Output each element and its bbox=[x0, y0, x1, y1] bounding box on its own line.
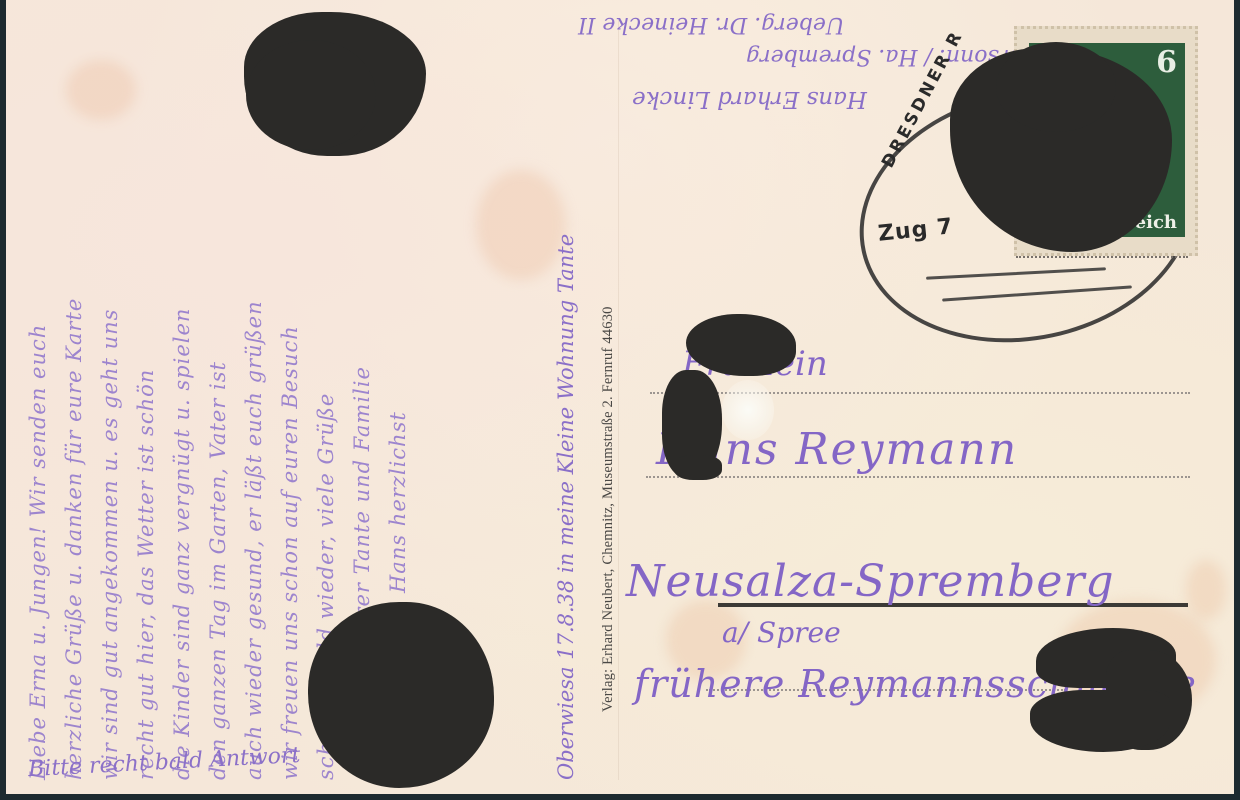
message-line: wir sind gut angekommen u. es geht uns bbox=[98, 309, 122, 780]
side-note: Oberwiesa 17.8.38 in meine Kleine Wohnun… bbox=[554, 234, 578, 780]
address-river: a/ Spree bbox=[722, 616, 841, 649]
message-line: den ganzen Tag im Garten, Vater ist bbox=[206, 361, 230, 780]
center-divider bbox=[618, 20, 619, 780]
message-line: auch wieder gesund, er läßt euch grüßen bbox=[242, 300, 266, 780]
blackout-patch bbox=[674, 455, 722, 480]
blackout-patch bbox=[308, 602, 494, 788]
blackout-patch bbox=[246, 40, 376, 150]
stamp-value: 6 bbox=[1156, 45, 1177, 80]
message-line: herzliche Grüße u. danken für eure Karte bbox=[62, 298, 86, 780]
stamp-box-line bbox=[1016, 256, 1188, 258]
sender-note-line: Ueberg. Dr. Heinecke II bbox=[578, 12, 844, 37]
message-line: Liebe Erna u. Jungen! Wir senden euch bbox=[26, 324, 50, 780]
blackout-patch bbox=[1030, 690, 1170, 752]
age-stain bbox=[1186, 560, 1226, 620]
sender-note-line: Hans Erhard Lincke bbox=[632, 86, 867, 112]
address-town: Neusalza-Spremberg bbox=[626, 556, 1115, 607]
publisher-imprint: Verlag: Erhard Neubert, Chemnitz, Museum… bbox=[600, 306, 617, 712]
blackout-patch bbox=[996, 42, 1116, 132]
message-line: die Kinder sind ganz vergnügt u. spielen bbox=[170, 308, 194, 780]
postcard-back: Liebe Erna u. Jungen! Wir senden euch he… bbox=[6, 0, 1234, 794]
message-line: recht gut hier, das Wetter ist schön bbox=[134, 369, 158, 780]
address-line bbox=[646, 476, 1190, 478]
torn-spot bbox=[722, 380, 774, 440]
message-line: wir freuen uns schon auf euren Besuch bbox=[278, 325, 302, 780]
